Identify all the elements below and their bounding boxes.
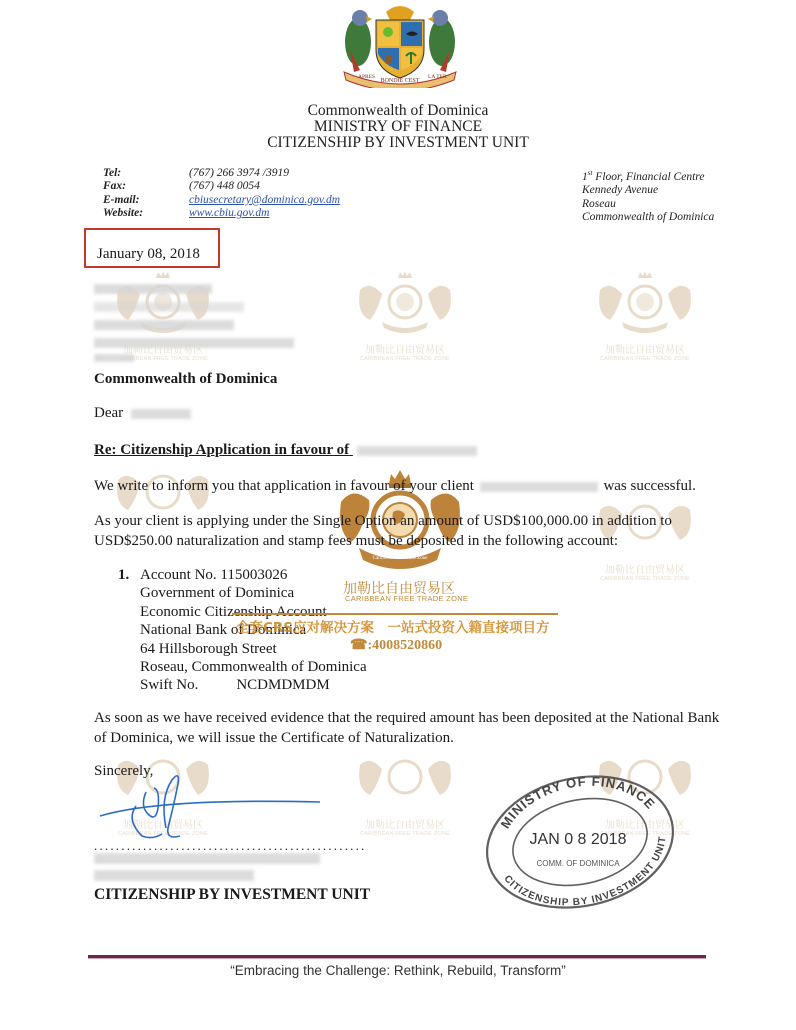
svg-text:COMM. OF DOMINICA: COMM. OF DOMINICA xyxy=(536,859,620,868)
office-address: 1st Floor, Financial Centre Kennedy Aven… xyxy=(582,167,714,224)
paragraph-payment: As your client is applying under the Sin… xyxy=(94,511,724,551)
redacted-recipient-company xyxy=(94,320,234,330)
footer-motto: “Embracing the Challenge: Rethink, Rebui… xyxy=(0,963,796,978)
signature xyxy=(96,766,336,846)
website-link[interactable]: www.cbiu.gov.dm xyxy=(189,207,269,219)
salutation: Dear xyxy=(94,403,191,423)
signature-line: ........................................… xyxy=(94,838,367,854)
paragraph-certificate: As soon as we have received evidence tha… xyxy=(94,708,724,748)
lions-globe-icon xyxy=(580,270,710,336)
watermark-logo: 加勒比自由贸易区 CARIBBEAN FREE TRADE ZONE xyxy=(580,270,710,362)
stamp-date: JAN 0 8 2018 xyxy=(530,831,627,848)
official-stamp: MINISTRY OF FINANCE CITIZENSHIP BY INVES… xyxy=(480,772,680,912)
redacted-applicant-name xyxy=(357,446,477,456)
account-holder: Government of Dominica xyxy=(140,584,367,602)
promo-phone: ☎:4008520860 xyxy=(350,637,442,654)
svg-text:Caribbean Free Trade Zone: Caribbean Free Trade Zone xyxy=(373,556,429,561)
contact-values: (767) 266 3974 /3919 (767) 448 0054 cbiu… xyxy=(189,167,340,221)
tel-value: (767) 266 3974 /3919 xyxy=(189,167,340,180)
bank-street: 64 Hillsborough Street xyxy=(140,640,367,658)
svg-text:BONDIE CEST: BONDIE CEST xyxy=(381,78,420,84)
fax-value: (767) 448 0054 xyxy=(189,180,340,193)
redacted-recipient-name xyxy=(94,284,212,294)
redacted-signer-role xyxy=(94,870,254,881)
paragraph-approval: We write to inform you that application … xyxy=(94,476,724,496)
redacted-salutation-name xyxy=(131,409,191,419)
promo-english-title: CARIBBEAN FREE TRADE ZONE xyxy=(345,594,468,603)
subject-line: Re: Citizenship Application in favour of xyxy=(94,440,477,460)
recipient-country: Commonwealth of Dominica xyxy=(94,371,277,388)
promo-divider xyxy=(232,613,558,615)
lions-globe-icon xyxy=(340,745,470,811)
svg-text:LA TER: LA TER xyxy=(428,74,447,80)
signer-unit: CITIZENSHIP BY INVESTMENT UNIT xyxy=(94,886,370,904)
phone-icon: ☎ xyxy=(350,638,367,653)
email-link[interactable]: cbiusecretary@dominica.gov.dm xyxy=(189,194,340,206)
header-unit: CITIZENSHIP BY INVESTMENT UNIT xyxy=(0,135,796,152)
lions-globe-icon xyxy=(340,270,470,336)
letter-date: January 08, 2018 xyxy=(97,246,200,263)
account-number: Account No. 115003026 xyxy=(140,566,367,584)
watermark-logo: 加勒比自由贸易区 CARIBBEAN FREE TRADE ZONE xyxy=(340,745,470,837)
redacted-recipient-title xyxy=(94,302,244,312)
footer-divider xyxy=(88,955,706,959)
redacted-client-name xyxy=(480,482,598,492)
svg-text:APRES: APRES xyxy=(358,74,375,80)
contact-labels: Tel: Fax: E-mail: Website: xyxy=(103,167,143,221)
watermark-logo: 加勒比自由贸易区 CARIBBEAN FREE TRADE ZONE xyxy=(340,270,470,362)
redacted-recipient-address xyxy=(94,338,294,348)
promo-slogan: 全套CRS应对解决方案 一站式投资入籍直接项目方 xyxy=(236,616,550,636)
redacted-recipient-address-2 xyxy=(94,354,134,362)
coat-of-arms-crest: BONDIE CEST APRES LA TER xyxy=(336,2,464,88)
redacted-signer-name xyxy=(94,853,320,864)
bank-city: Roseau, Commonwealth of Dominica xyxy=(140,658,367,676)
swift-code: Swift No.NCDMDMDM xyxy=(140,676,367,694)
